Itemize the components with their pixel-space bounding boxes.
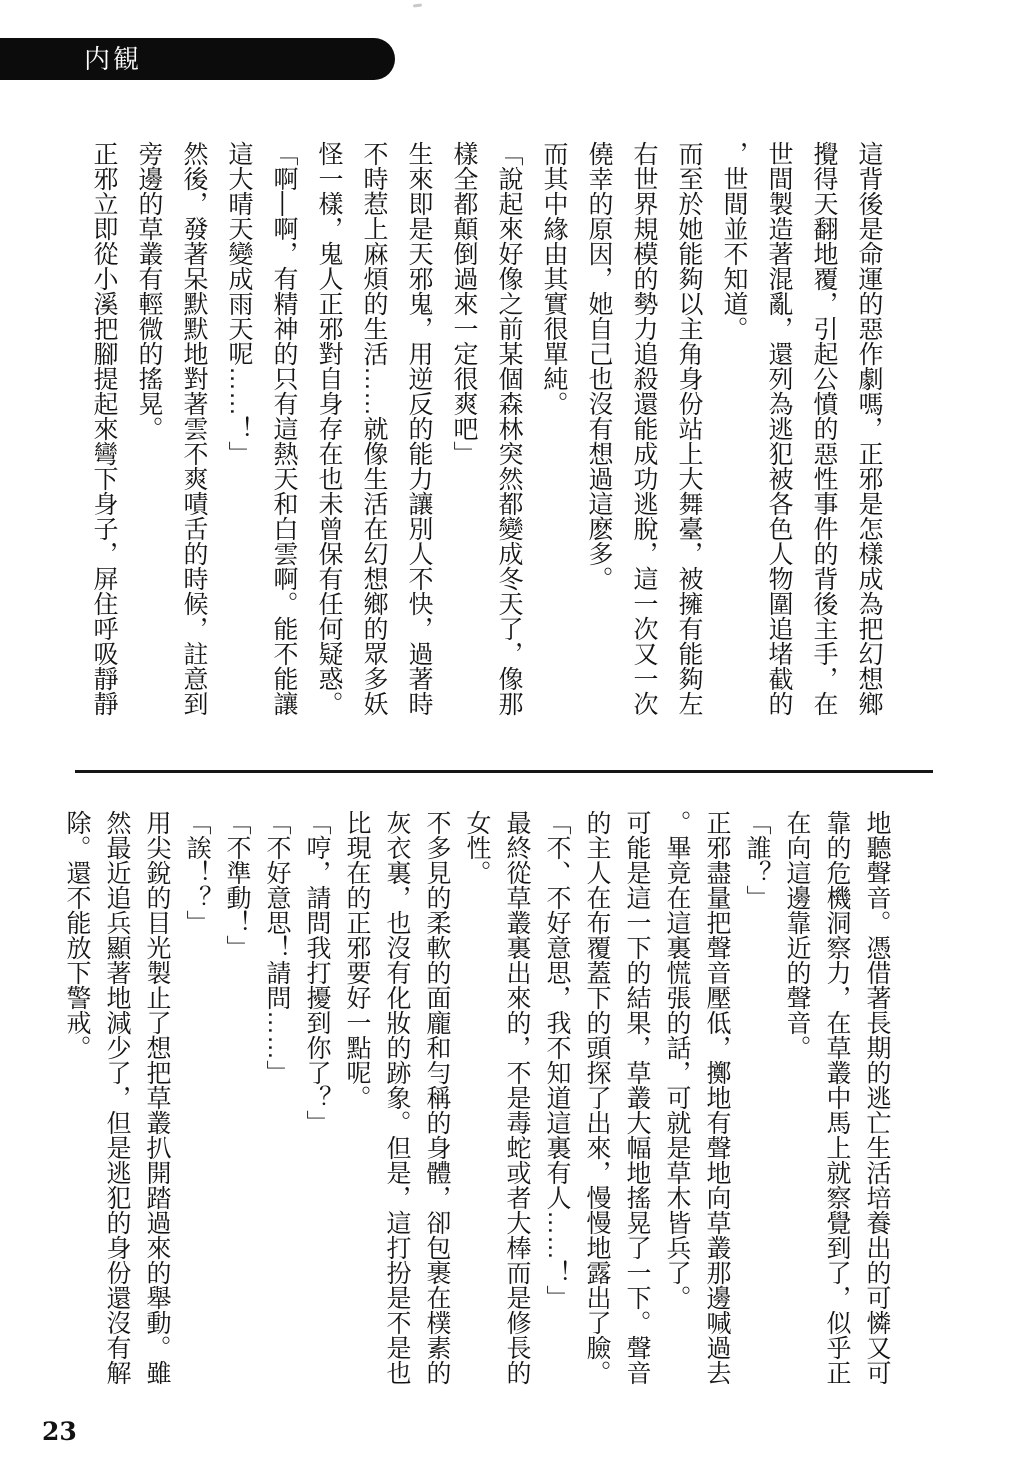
paragraph: 「哼，請問我打擾到你了？」	[297, 810, 337, 1388]
top-text-block: 這背後是命運的惡作劇嗎，正邪是怎樣成為把幻想鄉攪得天翻地覆，引起公憤的惡性事件的…	[81, 141, 891, 719]
section-divider	[75, 770, 933, 773]
paragraph: 正邪立即從小溪把腳提起來彎下身子，屏住呼吸靜靜	[81, 141, 126, 719]
paragraph: 「說起來好像之前某個森林突然都變成冬天了，像那樣全都顛倒過來一定很爽吧」	[441, 141, 531, 719]
bottom-text-block: 地聽聲音。憑借著長期的逃亡生活培養出的可憐又可靠的危機洞察力，在草叢中馬上就察覺…	[57, 810, 897, 1388]
paragraph: 最終從草叢裏出來的，不是毒蛇或者大棒而是修長的女性。	[457, 810, 537, 1388]
paragraph: 「不好意思！請問……」	[257, 810, 297, 1388]
paragraph: 正邪盡量把聲音壓低，擲地有聲地向草叢那邊喊過去。畢竟在這裏慌張的話，可就是草木皆…	[657, 810, 737, 1388]
chapter-title: 内観	[84, 38, 142, 80]
paragraph: 可能是這一下的結果，草叢大幅地搖晃了一下。聲音的主人在布覆蓋下的頭探了出來，慢慢…	[577, 810, 657, 1388]
paragraph: 這背後是命運的惡作劇嗎，正邪是怎樣成為把幻想鄉攪得天翻地覆，引起公憤的惡性事件的…	[711, 141, 891, 719]
paragraph: 「不、不好意思，我不知道這裏有人……！」	[537, 810, 577, 1388]
paragraph: 「誰？」	[737, 810, 777, 1388]
paragraph: 然後，發著呆默默地對著雲不爽嘖舌的時候，註意到旁邊的草叢有輕微的搖晃。	[126, 141, 216, 719]
scan-speck	[413, 3, 422, 7]
chapter-header-tab: 内観	[0, 38, 395, 80]
novel-page: 内観 這背後是命運的惡作劇嗎，正邪是怎樣成為把幻想鄉攪得天翻地覆，引起公憤的惡性…	[0, 0, 1034, 1478]
paragraph: 「啊—啊，有精神的只有這熱天和白雲啊。能不能讓這大晴天變成雨天呢……！」	[216, 141, 306, 719]
paragraph: 「誒！？」	[177, 810, 217, 1388]
paragraph: 而其中緣由其實很單純。	[531, 141, 576, 719]
paragraph: 生來即是天邪鬼，用逆反的能力讓別人不快，過著時不時惹上麻煩的生活……就像生活在幻…	[306, 141, 441, 719]
paragraph: 而至於她能夠以主角身份站上大舞臺，被擁有能夠左右世界規模的勢力追殺還能成功逃脫，…	[576, 141, 711, 719]
paragraph: 用尖銳的目光製止了想把草叢扒開踏過來的舉動。雖然最近追兵顯著地減少了，但是逃犯的…	[57, 810, 177, 1388]
paragraph: 不多見的柔軟的面龐和勻稱的身體，卻包裹在樸素的灰衣裏，也沒有化妝的跡象。但是，這…	[337, 810, 457, 1388]
paragraph: 地聽聲音。憑借著長期的逃亡生活培養出的可憐又可靠的危機洞察力，在草叢中馬上就察覺…	[777, 810, 897, 1388]
page-number: 23	[42, 1417, 77, 1446]
paragraph: 「不準動！」	[217, 810, 257, 1388]
